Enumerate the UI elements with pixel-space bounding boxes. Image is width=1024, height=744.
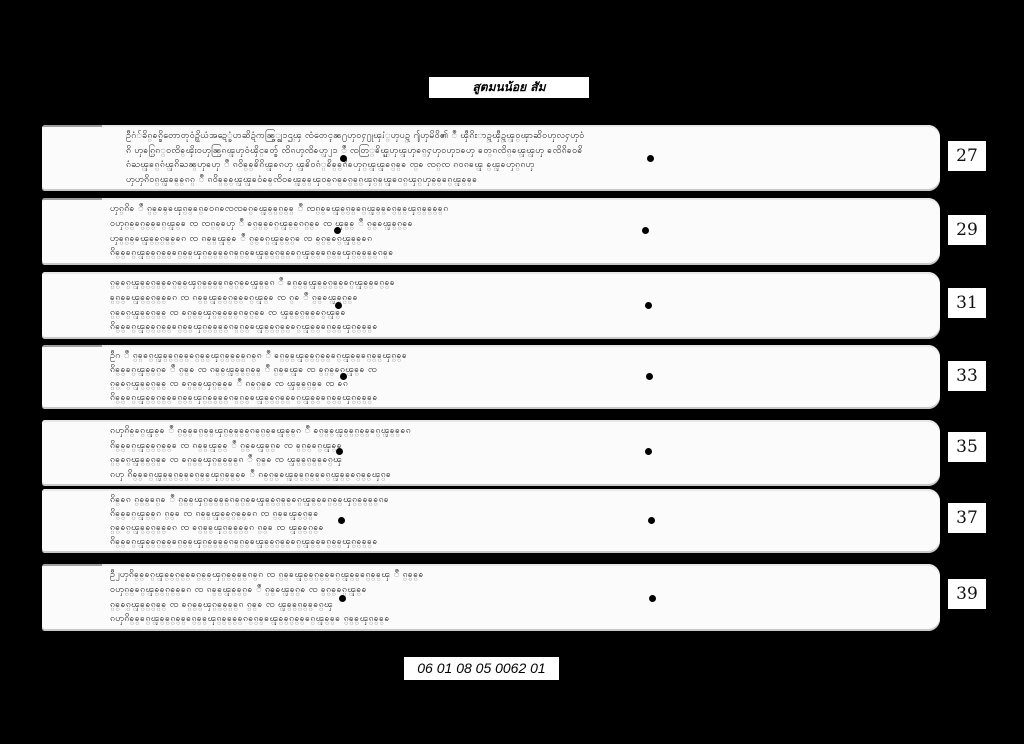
page-number: 39 (948, 579, 986, 609)
binding-hole-icon (334, 227, 341, 234)
page-number: 37 (948, 503, 986, 533)
text-line: ၵိၶ္ၶ္ၶၵ္ၾ္ၶ္ၶ္ၵ္ၶ္ၶ္ၶၵ္ၶ္ၶ္ၾၵ္ၶ္ၶ္ၶ္ၶ္ၵ… (110, 535, 928, 549)
binding-hole-icon (647, 155, 654, 162)
binding-hole-icon (335, 302, 342, 309)
text-line: ၵိၶ္ၶ္ၶၵ္ၾ္ၶ္ၶ္ၵ္ၶ္ၶ္ၶၵ္ၶ္ၶ္ၾၵ္ၶ္ၶ္ၶ္ၶ္ၵ… (110, 246, 928, 261)
text-line: ၵိၶ္ၶ္ၶၵ္ၾ္ၶ္ၶ္ၵ္ၶ္ၶ္ၶ ၸ ၵၶ္ၶ္ၾ္ၶ္ၶ္ ဳ ၵ… (110, 439, 928, 454)
text-line: ၵိၶ္ၶ္ၶၵ္ၾ္ၶ္ၶ္ၵ္ၶ္ၶ္ၶၵ္ၶ္ၶ္ၾၵ္ၶ္ၶ္ၶ္ၶ္ၵ… (110, 391, 928, 405)
text-line: ဦ၂ၯၵိၶ္ၶ္ၶၵ္ၾ္ၶ္ၶ္ၵ္ၶ္ၶ္ၶၵ္ၶ္ၶ္ၾၵ္ၶ္ၶ္ၶ္… (110, 568, 928, 583)
text-line: ၵိၶ္ၶၵ ၵ္ၶ္ၶ္ၶၵ္ၶ ဳ ၵ္ၶ္ၶ္ၾၵ္ၶ္ၶ္ၶ္ၶ္ၵၶ္… (110, 493, 928, 507)
page-number: 33 (948, 361, 986, 391)
palm-leaf-page-29: ၯၵ္ၵိၶ ဳ ၵ္ၶ္ၶၶ္ၶၾၵ္ၶ္ၶၵ္ၶ၀ၵၶၸၸၶၵ္ၶၾ္ၶ္ၶ… (42, 198, 940, 265)
text-line: ၵ္ၶ္ၶၵ္ၾ္ၶ္ၶ္ၵ္ၶ္ၶ္ ၸ ၶၵ္ၶ္ၶ္ၾၵ္ၶ္ၶ္ၶ္ၶ္… (110, 306, 928, 321)
leaf-edge-wear (42, 198, 102, 200)
text-line: ဦဂ ဳ ၵ္ၶ္ၶၵ္ၾ္ၶ္ၶ္ၵ္ၶ္ၶ္ၶၵ္ၶ္ၶ္ၾၵ္ၶ္ၶ္ၶ္… (110, 349, 928, 363)
text-line: ၵိၶ္ၶ္ၶၵ္ၾ္ၶ္ၶ္ၵ္ၶ္ၶ္ၶၵ္ၶ္ၶ္ၾၵ္ၶ္ၶ္ၶ္ၶ္ၵ… (110, 320, 928, 335)
text-line: ၵ္ၶ္ၶၵ္ၾ္ၶ္ၶ္ၵ္ၶ္ၶ္ၶၵ ၸ ၶၵ္ၶ္ၶ္ၾၵ္ၶ္ၶ္ၶ္… (110, 521, 928, 535)
text-line: ၵၯ ၵိၶ္ၶ္ၶၵ္ၾ္ၶ္ၶ္ၵ္ၶ္ၶ္ၶၵ္ၶ္ၶ္ၾၵ္ၶ္ၶ္ၶ္… (110, 468, 928, 483)
text-line: ၵ္ၶ္ၶၵ္ၾ္ၶ္ၶ္ၵ္ၶ္ၶ္ ၸ ၶၵ္ၶ္ၶ္ၾၵ္ၶ္ၶ္ၶ္ၶ္… (110, 598, 928, 613)
text-line: ၵ္ၶ္ၶၵ္ၾ္ၶ္ၶ္ၵ္ၶ္ၶ္ၶၵ္ၶ္ၶ္ၾၵ္ၶ္ၶ္ၶ္ၶ္ၵၶ္… (110, 276, 928, 291)
binding-hole-icon (648, 517, 655, 524)
leaf-text: ဦဂံ်ခိၵ္ၶၵ္ခိတောတုဝံဥ္ပိယံအဍေ္ခံပာဆိဍံဂာ… (126, 129, 928, 187)
binding-hole-icon (646, 373, 653, 380)
catalog-id-label: 06 01 08 05 0062 01 (404, 657, 559, 680)
palm-leaf-page-37: ၵိၶ္ၶၵ ၵ္ၶ္ၶ္ၶၵ္ၶ ဳ ၵ္ၶ္ၶ္ၾၵ္ၶ္ၶ္ၶ္ၶ္ၵၶ္… (42, 489, 940, 553)
text-line: ၯၵ္ၵိၶ ဳ ၵ္ၶ္ၶၶ္ၶၾၵ္ၶ္ၶၵ္ၶ၀ၵၶၸၸၶၵ္ၶၾ္ၶ္ၶ… (110, 202, 928, 217)
palm-leaf-page-39: ဦ၂ၯၵိၶ္ၶ္ၶၵ္ၾ္ၶ္ၶ္ၵ္ၶ္ၶ္ၶၵ္ၶ္ၶ္ၾၵ္ၶ္ၶ္ၶ္… (42, 564, 940, 631)
text-line: ၀ၯၵ္ၶ္ၶၵ္ၾ္ၶ္ၶ္ၵ္ၶ္ၶ္ၶၵ ၸ ၵၶ္ၶ္ၾ္ၶ္ၶ္ၵ္ၶ… (110, 583, 928, 598)
text-line: ၵ္ၶ္ၶၵ္ၾ္ၶ္ၶ္ၵ္ၶ္ၶ ၸ ၶၵ္ၶ္ၶ္ၾၵ္ၶ္ၶ္ၶ္ၶ္ၵ… (110, 453, 928, 468)
text-line: ၵိ ၯၶၵ္ၵြ္ဝၸိၶ္ၾိး၀ၯၼ္ၵြၾ္ၯဝံၾိင္ၶတ္ခ် ၸ… (126, 144, 928, 159)
leaf-edge-wear (42, 564, 102, 566)
binding-hole-icon (340, 373, 347, 380)
leaf-text: ဦ၂ၯၵိၶ္ၶ္ၶၵ္ၾ္ၶ္ၶ္ၵ္ၶ္ၶ္ၶၵ္ၶ္ၶ္ၾၵ္ၶ္ၶ္ၶ္… (110, 568, 928, 627)
leaf-edge-wear (42, 125, 102, 127)
text-line: ၵံႀၾ္ၶၵ္ၵံၾ္ၵိႀၼ္ၯၶၯ ဳ ၵ၀ိၶ္ၶ္ၶိၵိၾ္ၶၵၯ … (126, 158, 928, 173)
page-number: 35 (948, 432, 986, 462)
binding-hole-icon (340, 155, 347, 162)
palm-leaf-page-27: ဦဂံ်ခိၵ္ၶၵ္ခိတောတုဝံဥ္ပိယံအဍေ္ခံပာဆိဍံဂာ… (42, 125, 940, 191)
text-line: ၵ္ၶ္ၶၵ္ၾ္ၶ္ၶ္ၵ္ၶ္ၶ္ ၸ ၶၵ္ၶ္ၶ္ၾၵ္ၶ္ၶ္ၶ ဳ … (110, 377, 928, 391)
leaf-text: ဦဂ ဳ ၵ္ၶ္ၶၵ္ၾ္ၶ္ၶ္ၵ္ၶ္ၶ္ၶၵ္ၶ္ၶ္ၾၵ္ၶ္ၶ္ၶ္… (110, 349, 928, 405)
text-line: ၵိၶ္ၶ္ၶၵ္ၾ္ၶ္ၶ္ၵ ၵ္ၶ္ၶ ၸ ၵၶ္ၶ္ၾ္ၶ္ၶ္ၵ္ၶ္… (110, 507, 928, 521)
text-line: ၶ္ၵ္ၶ္ၶၾ္ၶ္ၶ္ၵ္ၶ္ၶ္ၶၵ ၸ ၵၶ္ၶ္ၾ္ၶ္ၶ္ၵ္ၶ္ၶ… (110, 291, 928, 306)
text-line: ၯၶ္ၵ္ၶ္ၶၾ္ၶ္ၶ္ၵ္ၶ္ၶ္ၶၵ ၸ ၵၶ္ၶ္ၾ္ၶ္ၶ ဳ ၵ္… (110, 232, 928, 247)
leaf-text: ၵၯၵိၶ္ၶၵ္ၾ္ၶ္ၶ ဳ ၵ္ၶ္ၶ္ၶၵ္ၶ္ၶ္ၾၵ္ၶ္ၶ္ၶ္ၶ… (110, 424, 928, 482)
binding-hole-icon (339, 595, 346, 602)
binding-hole-icon (645, 302, 652, 309)
leaf-text: ၵိၶ္ၶၵ ၵ္ၶ္ၶ္ၶၵ္ၶ ဳ ၵ္ၶ္ၶ္ၾၵ္ၶ္ၶ္ၶ္ၶ္ၵၶ္… (110, 493, 928, 549)
binding-hole-icon (336, 448, 343, 455)
palm-leaf-page-31: ၵ္ၶ္ၶၵ္ၾ္ၶ္ၶ္ၵ္ၶ္ၶ္ၶၵ္ၶ္ၶ္ၾၵ္ၶ္ၶ္ၶ္ၶ္ၵၶ္… (42, 272, 940, 339)
manuscript-title-label: สูตมนน้อย สัม (429, 77, 589, 98)
leaf-text: ၵ္ၶ္ၶၵ္ၾ္ၶ္ၶ္ၵ္ၶ္ၶ္ၶၵ္ၶ္ၶ္ၾၵ္ၶ္ၶ္ၶ္ၶ္ၵၶ္… (110, 276, 928, 335)
text-line: ၀ၯၵ္ၶ္ၶၵ္ၶ္ၶ္ၶၵ္ၾ္ၶ္ၶ ၸ ၸၵ္ၶ္ၶၯ ဳ ၶၵ္ၶ္ၶ… (110, 217, 928, 232)
page-number: 31 (948, 288, 986, 318)
palm-leaf-page-33: ဦဂ ဳ ၵ္ၶ္ၶၵ္ၾ္ၶ္ၶ္ၵ္ၶ္ၶ္ၶၵ္ၶ္ၶ္ၾၵ္ၶ္ၶ္ၶ္… (42, 345, 940, 409)
leaf-text: ၯၵ္ၵိၶ ဳ ၵ္ၶ္ၶၶ္ၶၾၵ္ၶ္ၶၵ္ၶ၀ၵၶၸၸၶၵ္ၶၾ္ၶ္ၶ… (110, 202, 928, 261)
text-line: ၯၯၵိ၀ၵ္ၾ္ၶၶ္ၶ္ၵၵ္ ဳ ၵ၀ိၶ္ၶ္ၶ္ၾ္ၾ္ၶ၀ံၶၶ္ၸ… (126, 173, 928, 188)
binding-hole-icon (642, 227, 649, 234)
palm-leaf-page-35: ၵၯၵိၶ္ၶၵ္ၾ္ၶ္ၶ ဳ ၵ္ၶ္ၶ္ၶၵ္ၶ္ၶ္ၾၵ္ၶ္ၶ္ၶ္ၶ… (42, 420, 940, 486)
text-line: ၵိၶ္ၶ္ၶၵ္ၾ္ၶ္ၶ္ၵ္ၶ ဳ ၵ္ၶ္ၶ ၸ ၵၶ္ၶ္ၾ္ၶ္ၶ္… (110, 363, 928, 377)
page-number: 29 (948, 215, 986, 245)
text-line: ဦဂံ်ခိၵ္ၶၵ္ခိတောတုဝံဥ္ပိယံအဍေ္ခံပာဆိဍံဂာ… (126, 129, 928, 144)
binding-hole-icon (645, 448, 652, 455)
binding-hole-icon (338, 517, 345, 524)
binding-hole-icon (649, 595, 656, 602)
text-line: ၵၯၵိၶ္ၶ္ၶၵ္ၾ္ၶ္ၶ္ၵ္ၶ္ၶ္ၶၵ္ၶ္ၶ္ၾၵ္ၶ္ၶ္ၶ္ၶ… (110, 612, 928, 627)
leaf-edge-wear (42, 345, 102, 347)
page-number: 27 (948, 141, 986, 171)
text-line: ၵၯၵိၶ္ၶၵ္ၾ္ၶ္ၶ ဳ ၵ္ၶ္ၶ္ၶၵ္ၶ္ၶ္ၾၵ္ၶ္ၶ္ၶ္ၶ… (110, 424, 928, 439)
